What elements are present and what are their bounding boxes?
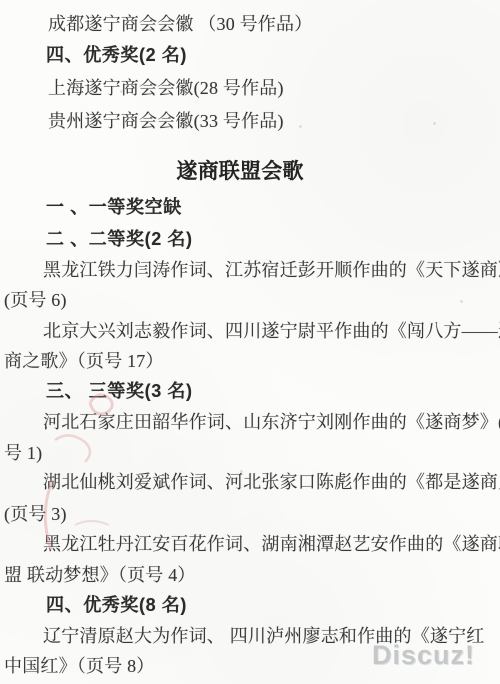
doc-line-continuation: 商之歌》（页号 17）: [4, 350, 164, 372]
red-stamp-remnant: [15, 385, 145, 550]
award-tier-heading: 四、优秀奖(8 名): [46, 594, 187, 616]
doc-line-entry: 黑龙江铁力闫涛作词、江苏宿迁彭开顺作曲的《天下遂商》: [43, 259, 500, 281]
doc-line-continuation: 盟 联动梦想》（页号 4）: [4, 564, 196, 586]
doc-line-entry: 成都遂宁商会会徽 （30 号作品）: [48, 13, 312, 35]
doc-line-entry: 贵州遂宁商会会徽(33 号作品): [48, 110, 284, 132]
scan-speck: [460, 300, 463, 303]
doc-line-continuation: (页号 6): [4, 289, 67, 311]
award-tier-heading: 二 、二等奖(2 名): [46, 228, 193, 250]
doc-line-entry: 上海遂宁商会会徽(28 号作品): [48, 77, 284, 99]
scan-speck: [240, 470, 243, 473]
scan-speck: [299, 125, 302, 128]
award-tier-heading: 一 、一等奖空缺: [46, 196, 182, 218]
section-title: 遂商联盟会歌: [0, 161, 480, 183]
scan-speck: [120, 90, 123, 93]
scanned-document-page: 成都遂宁商会会徽 （30 号作品） 四、优秀奖(2 名) 上海遂宁商会会徽(28…: [0, 0, 500, 684]
doc-line-continuation: 中国红》（页号 8）: [4, 655, 155, 677]
scan-speck: [433, 122, 436, 125]
doc-line-entry: 北京大兴刘志毅作词、四川遂宁尉平作曲的《闯八方——遂: [43, 320, 500, 342]
award-tier-heading: 四、优秀奖(2 名): [46, 44, 187, 66]
discuz-watermark: Discuz!: [372, 640, 475, 671]
